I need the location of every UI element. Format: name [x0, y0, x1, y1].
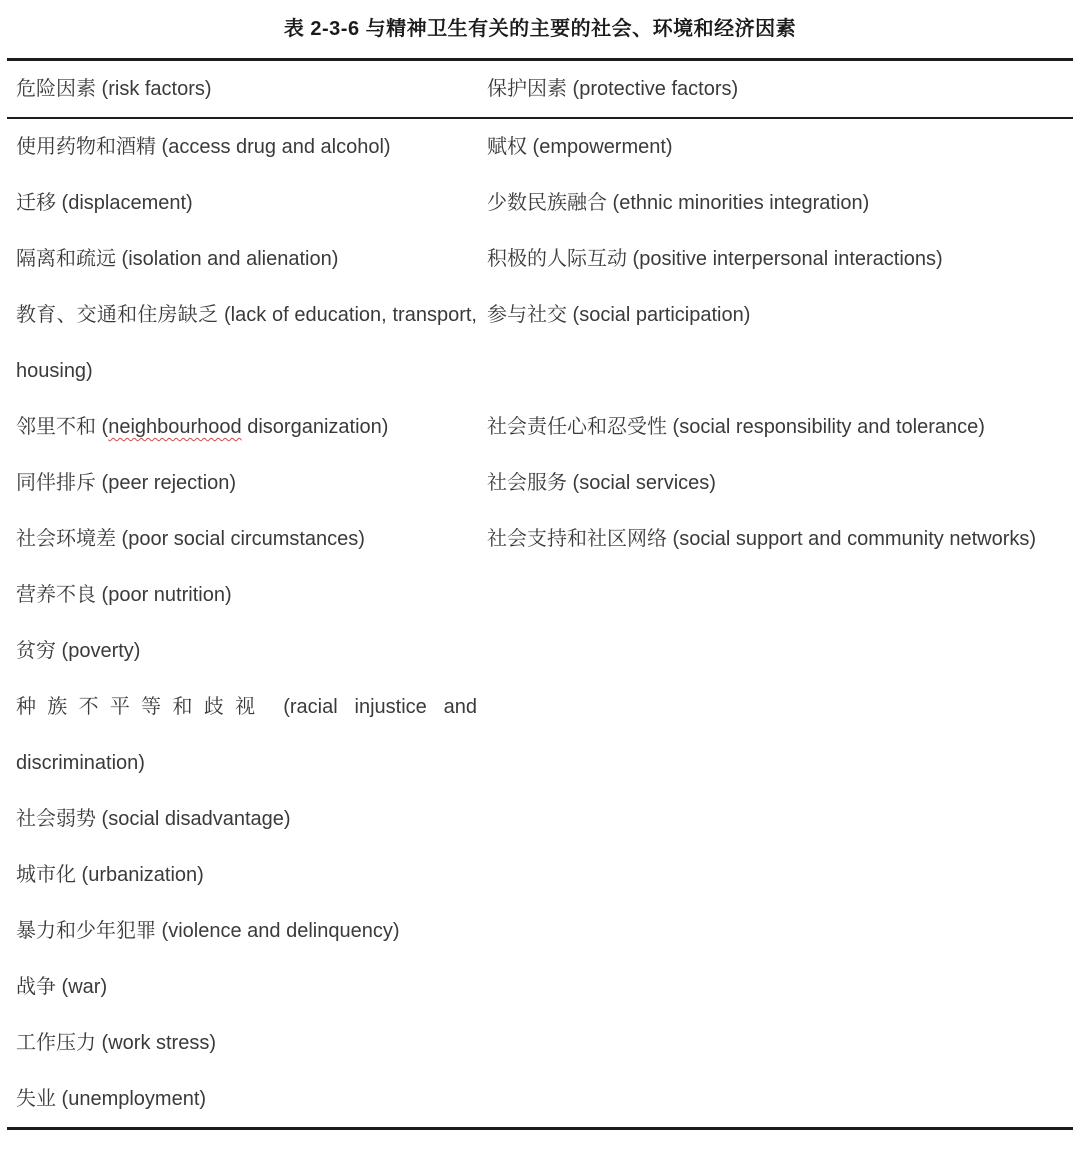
misspelled-word: neighbourhood [108, 416, 241, 438]
table-row: 社会弱势 (social disadvantage) [0, 791, 1080, 847]
risk-cell: 社会环境差 (poor social circumstances) [16, 511, 487, 567]
risk-cell: 隔离和疏远 (isolation and alienation) [16, 231, 487, 287]
risk-cell: 同伴排斥 (peer rejection) [16, 455, 487, 511]
risk-cell: 工作压力 (work stress) [16, 1015, 487, 1071]
table-row: 邻里不和 (neighbourhood disorganization) 社会责… [0, 399, 1080, 455]
table-row: 营养不良 (poor nutrition) [0, 567, 1080, 623]
table-row: 暴力和少年犯罪 (violence and delinquency) [0, 903, 1080, 959]
header-protective-factors: 保护因素 (protective factors) [487, 61, 1080, 117]
table-row: 战争 (war) [0, 959, 1080, 1015]
table-row: 教育、交通和住房缺乏 (lack of education, transport… [0, 287, 1080, 399]
risk-cell: 城市化 (urbanization) [16, 847, 487, 903]
table-row: 隔离和疏远 (isolation and alienation) 积极的人际互动… [0, 231, 1080, 287]
table-row: 工作压力 (work stress) [0, 1015, 1080, 1071]
risk-cell: 战争 (war) [16, 959, 487, 1015]
risk-cell: 邻里不和 (neighbourhood disorganization) [16, 399, 487, 455]
table-row: 种族不平等和歧视 (racial injustice and discrimin… [0, 679, 1080, 791]
risk-cell: 使用药物和酒精 (access drug and alcohol) [16, 119, 487, 175]
risk-cell: 社会弱势 (social disadvantage) [16, 791, 487, 847]
risk-cell: 营养不良 (poor nutrition) [16, 567, 487, 623]
protective-cell: 社会责任心和忍受性 (social responsibility and tol… [487, 399, 1080, 455]
header-risk-factors: 危险因素 (risk factors) [16, 61, 487, 117]
table-row: 城市化 (urbanization) [0, 847, 1080, 903]
table-row: 社会环境差 (poor social circumstances) 社会支持和社… [0, 511, 1080, 567]
risk-cell: 贫穷 (poverty) [16, 623, 487, 679]
protective-cell: 少数民族融合 (ethnic minorities integration) [487, 175, 1080, 231]
header-row: 危险因素 (risk factors) 保护因素 (protective fac… [0, 61, 1080, 117]
document-page: 表 2-3-6 与精神卫生有关的主要的社会、环境和经济因素 危险因素 (risk… [0, 0, 1080, 1151]
protective-cell: 赋权 (empowerment) [487, 119, 1080, 175]
bottom-rule [7, 1127, 1073, 1130]
table-row: 贫穷 (poverty) [0, 623, 1080, 679]
risk-cell: 暴力和少年犯罪 (violence and delinquency) [16, 903, 487, 959]
table-row: 迁移 (displacement) 少数民族融合 (ethnic minorit… [0, 175, 1080, 231]
protective-cell: 参与社交 (social participation) [487, 287, 1080, 343]
table-title: 表 2-3-6 与精神卫生有关的主要的社会、环境和经济因素 [0, 0, 1080, 58]
risk-cell: 迁移 (displacement) [16, 175, 487, 231]
risk-cell: 失业 (unemployment) [16, 1071, 487, 1127]
risk-text-prefix: 邻里不和 ( [16, 416, 108, 438]
table-row: 使用药物和酒精 (access drug and alcohol) 赋权 (em… [0, 119, 1080, 175]
risk-cell: 教育、交通和住房缺乏 (lack of education, transport… [16, 287, 487, 399]
table-body: 使用药物和酒精 (access drug and alcohol) 赋权 (em… [0, 119, 1080, 1127]
table-row: 同伴排斥 (peer rejection) 社会服务 (social servi… [0, 455, 1080, 511]
protective-cell: 社会支持和社区网络 (social support and community … [487, 511, 1080, 567]
protective-cell: 社会服务 (social services) [487, 455, 1080, 511]
risk-text-suffix: disorganization) [242, 416, 389, 438]
risk-cell: 种族不平等和歧视 (racial injustice and discrimin… [16, 679, 487, 791]
table-row: 失业 (unemployment) [0, 1071, 1080, 1127]
protective-cell: 积极的人际互动 (positive interpersonal interact… [487, 231, 1080, 287]
